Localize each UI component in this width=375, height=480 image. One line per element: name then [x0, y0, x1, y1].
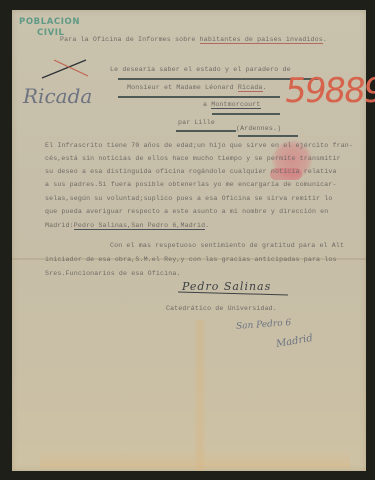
handwritten-name: Ricada: [23, 84, 92, 108]
body-line-3: su deseo a esa distinguida oficina rogán…: [45, 168, 337, 175]
request-line-2: Monsieur et Madame Léonard Ricada.: [127, 84, 267, 91]
body-line-1: El Infrascrito tiene 70 años de edad;un …: [45, 142, 353, 149]
closing-line-1: Con el mas respetuoso sentimiento de gra…: [110, 242, 344, 249]
title-line: Catedrático de Universidad.: [166, 305, 277, 312]
request-line-1: Le desearia saber el estado y el parader…: [110, 66, 291, 73]
underline-3: [212, 113, 280, 115]
address-suffix: .: [205, 222, 209, 229]
request-dept: (Ardennes.): [236, 125, 281, 132]
address-line: Madrid:Pedro Salinas,San Pedro 6,Madrid.: [45, 222, 209, 229]
stamp-line-1: POBLACION: [19, 17, 80, 28]
request-a: a: [203, 101, 211, 108]
address-prefix: Madrid:: [45, 222, 74, 229]
header-prefix: Para la Oficina de Informes sobre: [60, 36, 200, 43]
underline-4: [176, 130, 236, 132]
header-underlined: habitantes de paises invadidos: [200, 36, 323, 44]
request-surname: Ricada: [238, 84, 263, 92]
red-archive-number: 59889: [283, 74, 375, 108]
paper-stain: [193, 320, 207, 471]
request-period: .: [263, 84, 267, 91]
header-line: Para la Oficina de Informes sobre habita…: [60, 36, 327, 43]
body-line-6: que pueda averiguar respecto a este asun…: [45, 208, 328, 215]
address-underlined: Pedro Salinas,San Pedro 6,Madrid: [74, 222, 205, 230]
closing-line-3: Sres.Funcionarios de esa Oficina.: [45, 270, 181, 277]
underline-2: [118, 96, 280, 98]
header-suffix: .: [323, 36, 327, 43]
body-line-4: a sus padres.Si fuera posible obtenerlas…: [45, 181, 337, 188]
request-names: Monsieur et Madame Léonard: [127, 84, 238, 91]
request-line-4: par Lille: [178, 119, 215, 126]
request-line-3: a Montmorcourt: [203, 101, 261, 108]
request-place: Montmorcourt: [211, 101, 260, 109]
x-mark-icon: [40, 56, 90, 80]
underline-5: [238, 135, 298, 137]
request-region: par Lille: [178, 119, 215, 126]
paper-bottom-stain: [40, 450, 350, 468]
body-line-2: cés,está sin noticias de ellos hace much…: [45, 155, 341, 162]
closing-line-2: iniciador de esa obra,S.M.el Rey,y con l…: [45, 256, 337, 263]
body-line-5: selas,según su voluntad;suplico pues a e…: [45, 195, 332, 202]
